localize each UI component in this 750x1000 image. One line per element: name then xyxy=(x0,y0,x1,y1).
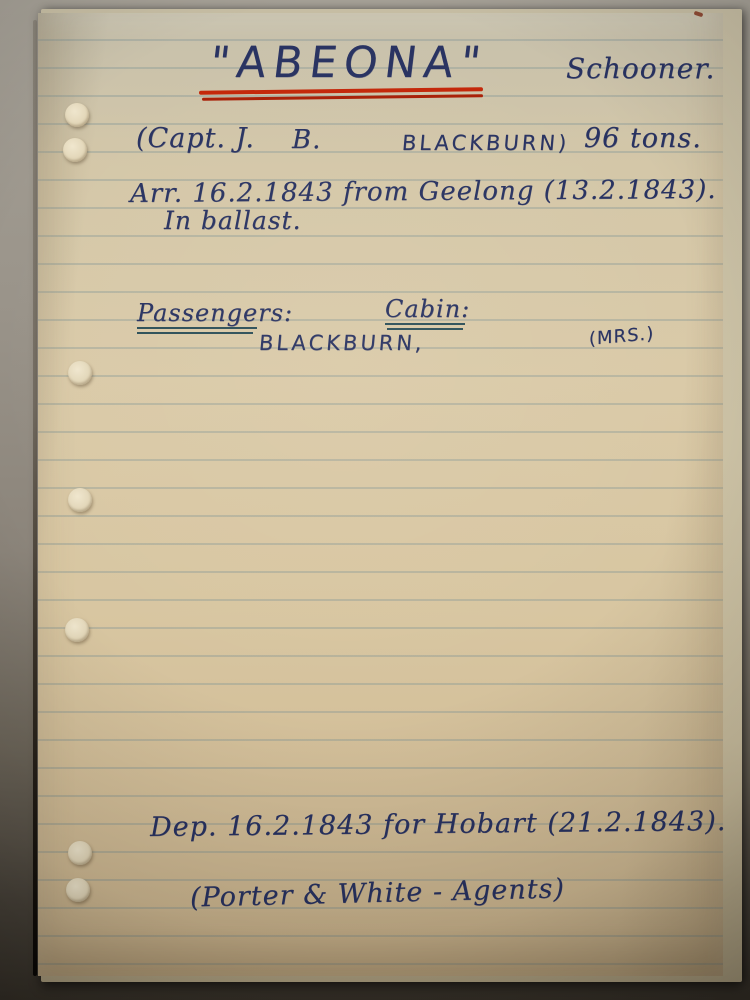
passengers-underline xyxy=(137,327,257,329)
cabin-underline xyxy=(385,323,465,325)
punch-hole xyxy=(63,138,87,162)
cabin-underline xyxy=(387,328,463,330)
punch-hole xyxy=(68,841,92,865)
punch-hole xyxy=(68,488,92,512)
captain-surname: BLACKBURN) xyxy=(401,131,570,155)
ship-name-title: "ABEONA" xyxy=(207,38,490,88)
punch-hole xyxy=(68,361,92,385)
punch-hole xyxy=(66,878,90,902)
punch-hole xyxy=(65,103,89,127)
captain-initial: B. xyxy=(292,125,321,155)
page-edge-shadow xyxy=(33,20,37,976)
passengers-underline xyxy=(137,332,253,334)
cargo-line: In ballast. xyxy=(164,206,302,235)
arrival-line: Arr. 16.2.1843 from Geelong (13.2.1843). xyxy=(130,175,717,209)
punch-hole xyxy=(65,618,89,642)
passenger-name: BLACKBURN, xyxy=(258,331,426,355)
passengers-heading: Passengers: xyxy=(137,299,293,327)
captain-prefix: (Capt. J. xyxy=(136,123,255,154)
photo-of-handwritten-record: "ABEONA" Schooner. (Capt. J. B. BLACKBUR… xyxy=(0,0,750,1000)
vessel-type-label: Schooner. xyxy=(566,52,715,85)
tonnage-value: 96 tons. xyxy=(584,123,702,154)
cabin-heading: Cabin: xyxy=(385,295,470,323)
departure-line: Dep. 16.2.1843 for Hobart (21.2.1843). xyxy=(150,806,727,843)
